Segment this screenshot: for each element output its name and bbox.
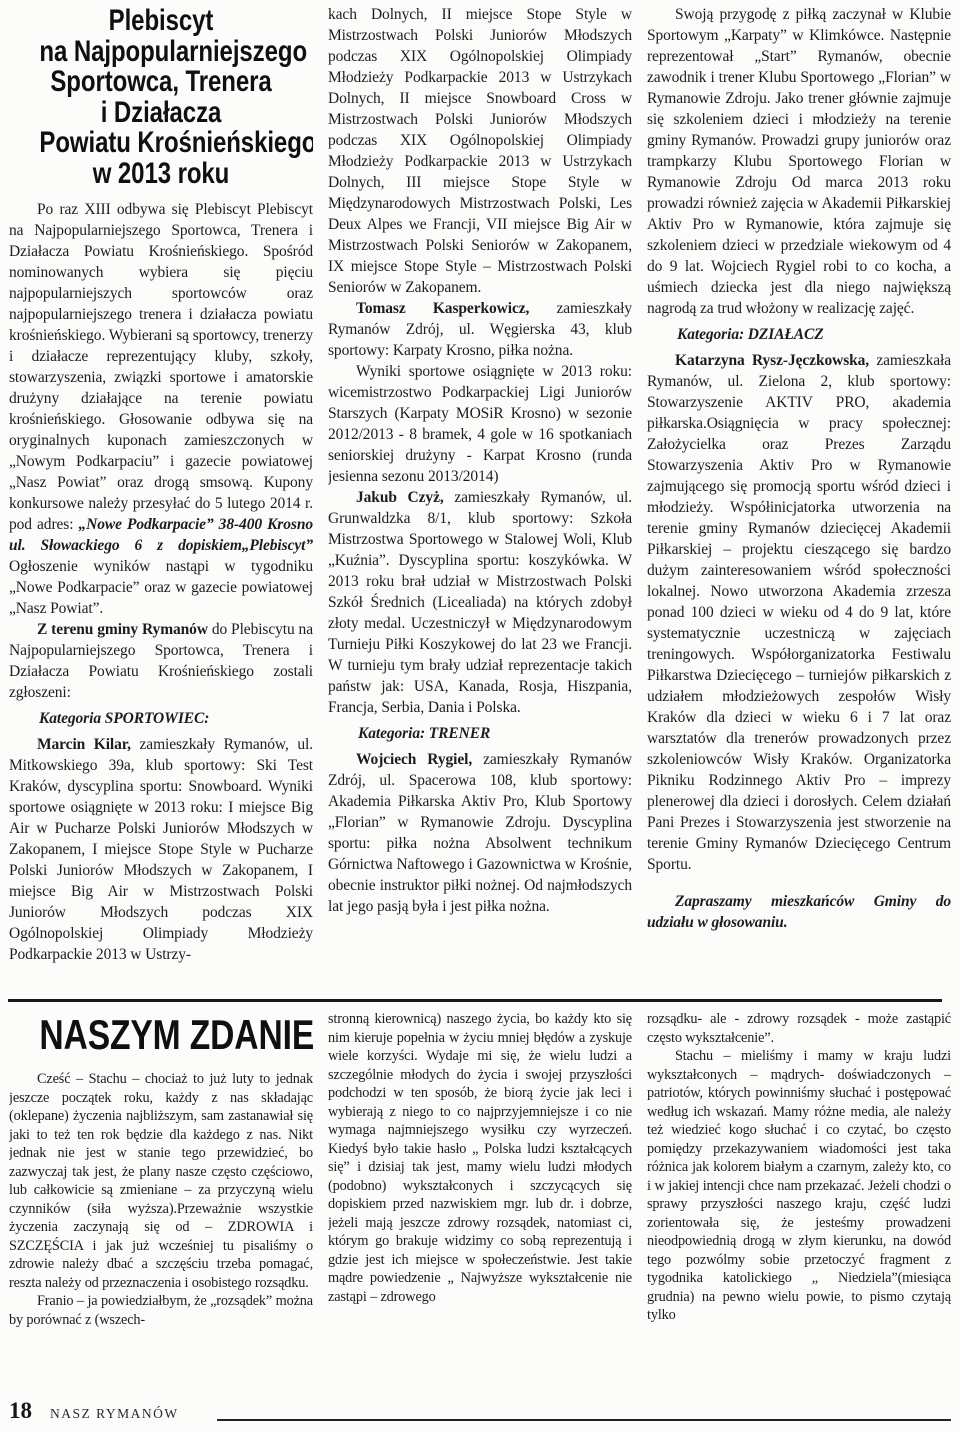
- athlete-kilar-continued: kach Dolnych, II miejsce Stope Style w M…: [328, 4, 632, 298]
- coach-rygiel-paragraph: Wojciech Rygiel, zamieszkały Rymanów Zdr…: [328, 749, 632, 917]
- footer-rule: [217, 1419, 951, 1421]
- coach-rygiel-continued: Swoją przygodę z piłką zaczynał w Klubie…: [647, 4, 951, 319]
- article-title: Plebiscyt na Najpopularniejszego Sportow…: [39, 6, 282, 189]
- athlete-kilar-text: zamieszkały Rymanów, ul. Mitkowskiego 39…: [9, 736, 313, 963]
- page-footer: 18 NASZ RYMANÓW: [9, 1398, 951, 1428]
- athlete-kilar-name: Marcin Kilar,: [37, 736, 131, 753]
- article-title-line-2: na Najpopularniejszego: [39, 37, 282, 68]
- voting-invitation: Zapraszamy mieszkańców Gminy do udziału …: [647, 891, 951, 933]
- magazine-name: NASZ RYMANÓW: [50, 1406, 179, 1421]
- naszym-zdaniem-column-1: NASZYM ZDANIEM Cześć – Stachu – chociaż …: [9, 1010, 313, 1396]
- athlete-kasperkowicz-results: Wyniki sportowe osiągnięte w 2013 roku: …: [328, 361, 632, 487]
- naszym-zdaniem-title: NASZYM ZDANIEM: [39, 1012, 282, 1058]
- section-divider-rule: [8, 999, 942, 1002]
- coach-rygiel-name: Wojciech Rygiel,: [356, 751, 472, 768]
- plebiscyt-article: Plebiscyt na Najpopularniejszego Sportow…: [9, 4, 951, 996]
- activist-rysz-name: Katarzyna Rysz-Jęczkowska,: [675, 352, 869, 369]
- nominees-lead: Z terenu gminy Rymanów: [37, 621, 208, 638]
- category-heading-sportowiec: Kategoria SPORTOWIEC:: [9, 708, 313, 729]
- athlete-czyz-paragraph: Jakub Czyż, zamieszkały Rymanów, ul. Gru…: [328, 487, 632, 718]
- category-heading-trener: Kategoria: TRENER: [328, 723, 632, 744]
- athlete-czyz-name: Jakub Czyż,: [356, 489, 444, 506]
- naszym-zdaniem-article: NASZYM ZDANIEM Cześć – Stachu – chociaż …: [9, 1010, 951, 1396]
- athlete-kasperkowicz-name: Tomasz Kasperkowicz,: [356, 300, 529, 317]
- plebiscyt-column-2: kach Dolnych, II miejsce Stope Style w M…: [328, 4, 632, 996]
- article-title-line-4: i Działacza: [39, 98, 282, 129]
- category-heading-dzialacz: Kategoria: DZIAŁACZ: [647, 324, 951, 345]
- opinion-paragraph-2: Franio – ja powiedziałbym, że „rozsądek”…: [9, 1292, 313, 1329]
- athlete-czyz-text: zamieszkały Rymanów, ul. Grunwaldzka 8/1…: [328, 489, 632, 716]
- page-number: 18: [9, 1398, 32, 1423]
- opinion-paragraph-2-continued: stronną kierownicą) naszego życia, bo ka…: [328, 1010, 632, 1306]
- intro-text-continued: Ogłoszenie wyników nastąpi w tygodniku „…: [9, 558, 313, 617]
- opinion-paragraph-1: Cześć – Stachu – chociaż to już luty to …: [9, 1070, 313, 1292]
- nominees-paragraph: Z terenu gminy Rymanów do Plebiscytu na …: [9, 619, 313, 703]
- newspaper-page: Plebiscyt na Najpopularniejszego Sportow…: [0, 0, 960, 1431]
- naszym-zdaniem-column-2: stronną kierownicą) naszego życia, bo ka…: [328, 1010, 632, 1396]
- athlete-kilar-paragraph: Marcin Kilar, zamieszkały Rymanów, ul. M…: [9, 734, 313, 965]
- article-title-line-6: w 2013 roku: [39, 159, 282, 190]
- plebiscyt-column-3: Swoją przygodę z piłką zaczynał w Klubie…: [647, 4, 951, 996]
- plebiscyt-column-1: Plebiscyt na Najpopularniejszego Sportow…: [9, 4, 313, 996]
- opinion-paragraph-3: Stachu – mieliśmy i mamy w kraju ludzi w…: [647, 1047, 951, 1325]
- activist-rysz-paragraph: Katarzyna Rysz-Jęczkowska, zamieszkała R…: [647, 350, 951, 875]
- naszym-zdaniem-column-3: rozsądku- ale - zdrowy rozsądek - może z…: [647, 1010, 951, 1396]
- activist-rysz-text: zamieszkała Rymanów, ul. Zielona 2, klub…: [647, 352, 951, 873]
- athlete-kasperkowicz-paragraph: Tomasz Kasperkowicz, zamieszkały Rymanów…: [328, 298, 632, 361]
- coach-rygiel-text: zamieszkały Rymanów Zdrój, ul. Spacerowa…: [328, 751, 632, 915]
- intro-paragraph: Po raz XIII odbywa się Plebiscyt Plebisc…: [9, 199, 313, 619]
- opinion-quote-end: rozsądku- ale - zdrowy rozsądek - może z…: [647, 1010, 951, 1047]
- article-title-line-1: Plebiscyt: [39, 6, 282, 37]
- article-title-line-3: Sportowca, Trenera: [39, 67, 282, 98]
- intro-text: Po raz XIII odbywa się Plebiscyt Plebisc…: [9, 201, 313, 533]
- article-title-line-5: Powiatu Krośnieńskiego: [39, 128, 282, 159]
